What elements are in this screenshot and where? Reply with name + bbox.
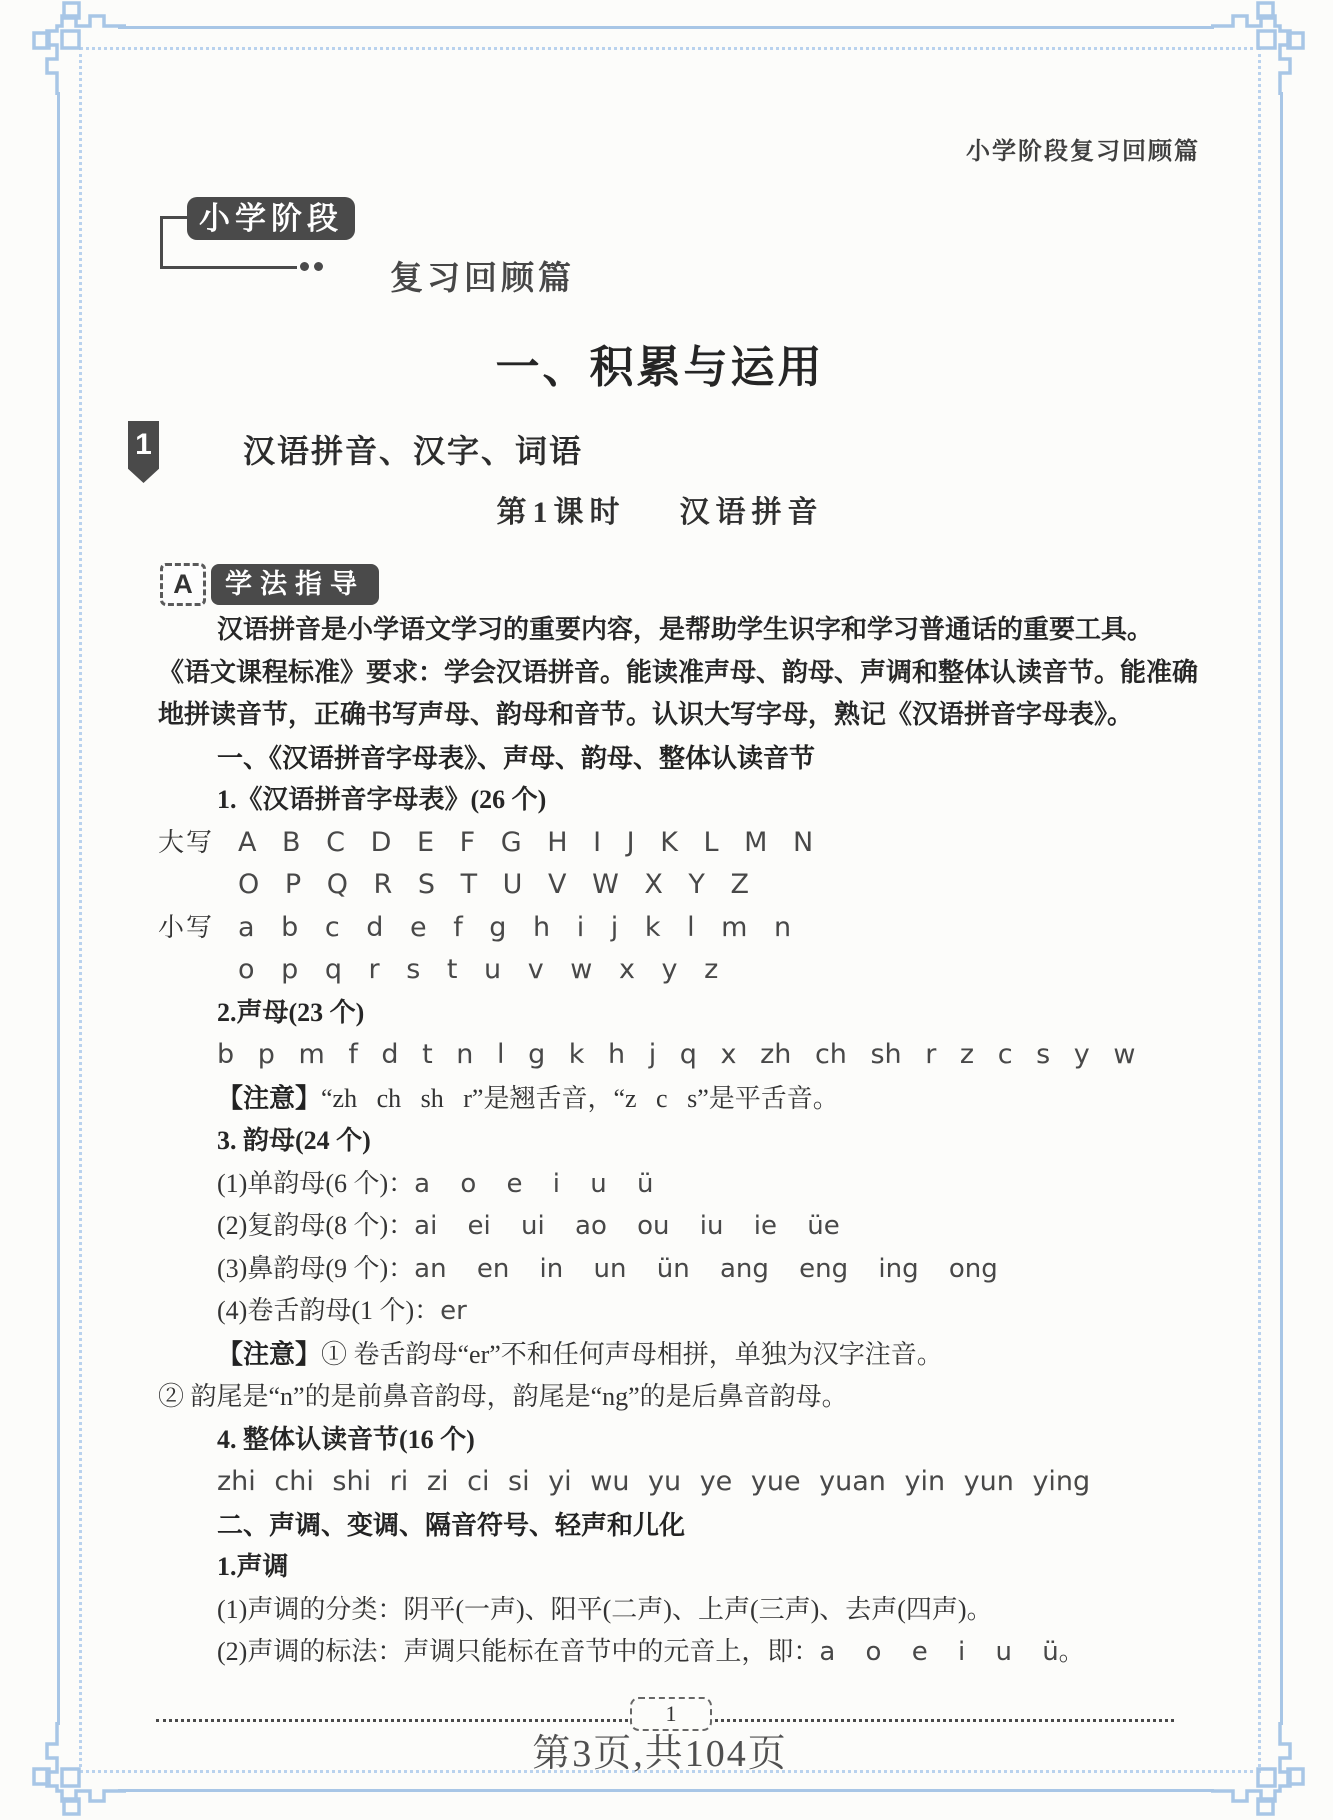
note-label: 【注意】	[217, 1339, 321, 1369]
initials-row: b p m f d t n l g k h j q x zh ch sh r z…	[158, 1034, 1168, 1077]
greek-key-corner-icon	[1211, 1722, 1311, 1820]
alphabet-row: 小写a b c d e f g h i j k l m n	[158, 907, 1168, 950]
finals-prefix: (4)卷舌韵母(1 个)：	[217, 1296, 440, 1325]
note-line: ② 韵尾是“n”的是前鼻音韵母，韵尾是“ng”的是后鼻音韵母。	[158, 1376, 1168, 1419]
note-line: 【注意】“zh ch sh r”是翘舌音，“z c s”是平舌音。	[158, 1077, 1168, 1121]
uppercase-letters: A B C D E F G H I J K L M N	[238, 827, 813, 858]
greek-key-corner-icon	[26, 1722, 126, 1820]
scanned-textbook-page: 小学阶段复习回顾篇 小学阶段 复习回顾篇 一、积累与运用 1 汉语拼音、汉字、词…	[0, 0, 1333, 1820]
guide-label-badge: 学法指导	[211, 564, 379, 605]
item-heading: 1.《汉语拼音字母表》(26 个)	[158, 779, 1168, 822]
page-info-watermark: 第3页,共104页	[158, 1722, 1162, 1777]
stage-badge: 小学阶段	[187, 197, 355, 240]
banner-connector-line	[160, 216, 187, 219]
heading-line: 二、声调、变调、隔音符号、轻声和儿化	[158, 1504, 1168, 1547]
tone-line: (2)声调的标法：声调只能标在音节中的元音上，即：a o e i u ü。	[158, 1631, 1168, 1674]
finals-line: (4)卷舌韵母(1 个)：er	[158, 1290, 1168, 1333]
pinyin-run: an en in un ün ang eng ing ong	[414, 1254, 998, 1284]
tone-suffix: 。	[1059, 1637, 1085, 1666]
pinyin-run: a o e i u ü	[414, 1169, 653, 1199]
item-heading: 1.声调	[158, 1546, 1168, 1589]
item-heading: 4. 整体认读音节(16 个)	[158, 1419, 1168, 1462]
tone-prefix: (2)声调的标法：声调只能标在音节中的元音上，即：	[217, 1637, 819, 1666]
finals-line: (3)鼻韵母(9 个)：an en in un ün ang eng ing o…	[158, 1248, 1168, 1291]
note-line: 【注意】① 卷舌韵母“er”不和任何声母相拼，单独为汉字注音。	[158, 1333, 1168, 1377]
finals-prefix: (1)单韵母(6 个)：	[217, 1169, 414, 1198]
intro-line: 地拼读音节，正确书写声母、韵母和音节。认识大写字母，熟记《汉语拼音字母表》。	[158, 694, 1168, 737]
banner-dot-icon	[314, 262, 323, 271]
running-head: 小学阶段复习回顾篇	[700, 135, 1200, 169]
alphabet-row: o p q r s t u v w x y z	[158, 949, 1168, 992]
item-heading: 3. 韵母(24 个)	[158, 1120, 1168, 1163]
heading-line: 一、《汉语拼音字母表》、声母、韵母、整体认读音节	[158, 737, 1168, 780]
tone-line: (1)声调的分类：阴平(一声)、阳平(二声)、上声(三声)、去声(四声)。	[158, 1589, 1168, 1632]
finals-prefix: (3)鼻韵母(9 个)：	[217, 1254, 414, 1283]
greek-key-corner-icon	[26, 0, 126, 95]
row-label: 小写	[158, 907, 238, 950]
frame-right-line	[1280, 92, 1283, 1725]
row-label: 大写	[158, 822, 238, 865]
finals-line: (2)复韵母(8 个)：ai ei ui ao ou iu ie üe	[158, 1205, 1168, 1248]
frame-top-line	[118, 26, 1214, 29]
body-text-block: 汉语拼音是小学语文学习的重要内容，是帮助学生识字和学习普通话的重要工具。 《语文…	[158, 609, 1168, 1674]
lowercase-letters: a b c d e f g h i j k l m n	[238, 912, 791, 943]
chapter-title: 一、积累与运用	[158, 331, 1162, 395]
frame-bottom-line	[118, 1789, 1214, 1792]
syllables-row: zhi chi shi ri zi ci si yi wu yu ye yue …	[158, 1461, 1168, 1504]
frame-left-line	[57, 92, 60, 1725]
intro-line: 《语文课程标准》要求：学会汉语拼音。能读准声母、韵母、声调和整体认读音节。能准确	[158, 652, 1168, 695]
lesson-title: 第1课时 汉语拼音	[158, 487, 1162, 531]
banner-connector-line	[160, 216, 163, 269]
section-title: 汉语拼音、汉字、词语	[243, 426, 583, 472]
note-text: “zh ch sh r”是翘舌音，“z c s”是平舌音。	[321, 1084, 839, 1113]
finals-prefix: (2)复韵母(8 个)：	[217, 1211, 414, 1240]
pinyin-run: a o e i u ü	[819, 1637, 1058, 1667]
guide-letter-box: A	[160, 563, 206, 606]
greek-key-corner-icon	[1211, 0, 1311, 95]
banner-dot-icon	[300, 262, 309, 271]
finals-line: (1)单韵母(6 个)：a o e i u ü	[158, 1163, 1168, 1206]
banner-connector-line	[160, 266, 297, 269]
alphabet-row: O P Q R S T U V W X Y Z	[158, 864, 1168, 907]
note-text: ① 卷舌韵母“er”不和任何声母相拼，单独为汉字注音。	[321, 1340, 943, 1369]
note-label: 【注意】	[217, 1083, 321, 1113]
pinyin-run: er	[440, 1296, 467, 1326]
stage-subtitle: 复习回顾篇	[390, 252, 575, 299]
item-heading: 2.声母(23 个)	[158, 992, 1168, 1035]
intro-line: 汉语拼音是小学语文学习的重要内容，是帮助学生识字和学习普通话的重要工具。	[158, 609, 1168, 652]
pinyin-run: ai ei ui ao ou iu ie üe	[414, 1211, 840, 1241]
alphabet-row: 大写A B C D E F G H I J K L M N	[158, 822, 1168, 865]
